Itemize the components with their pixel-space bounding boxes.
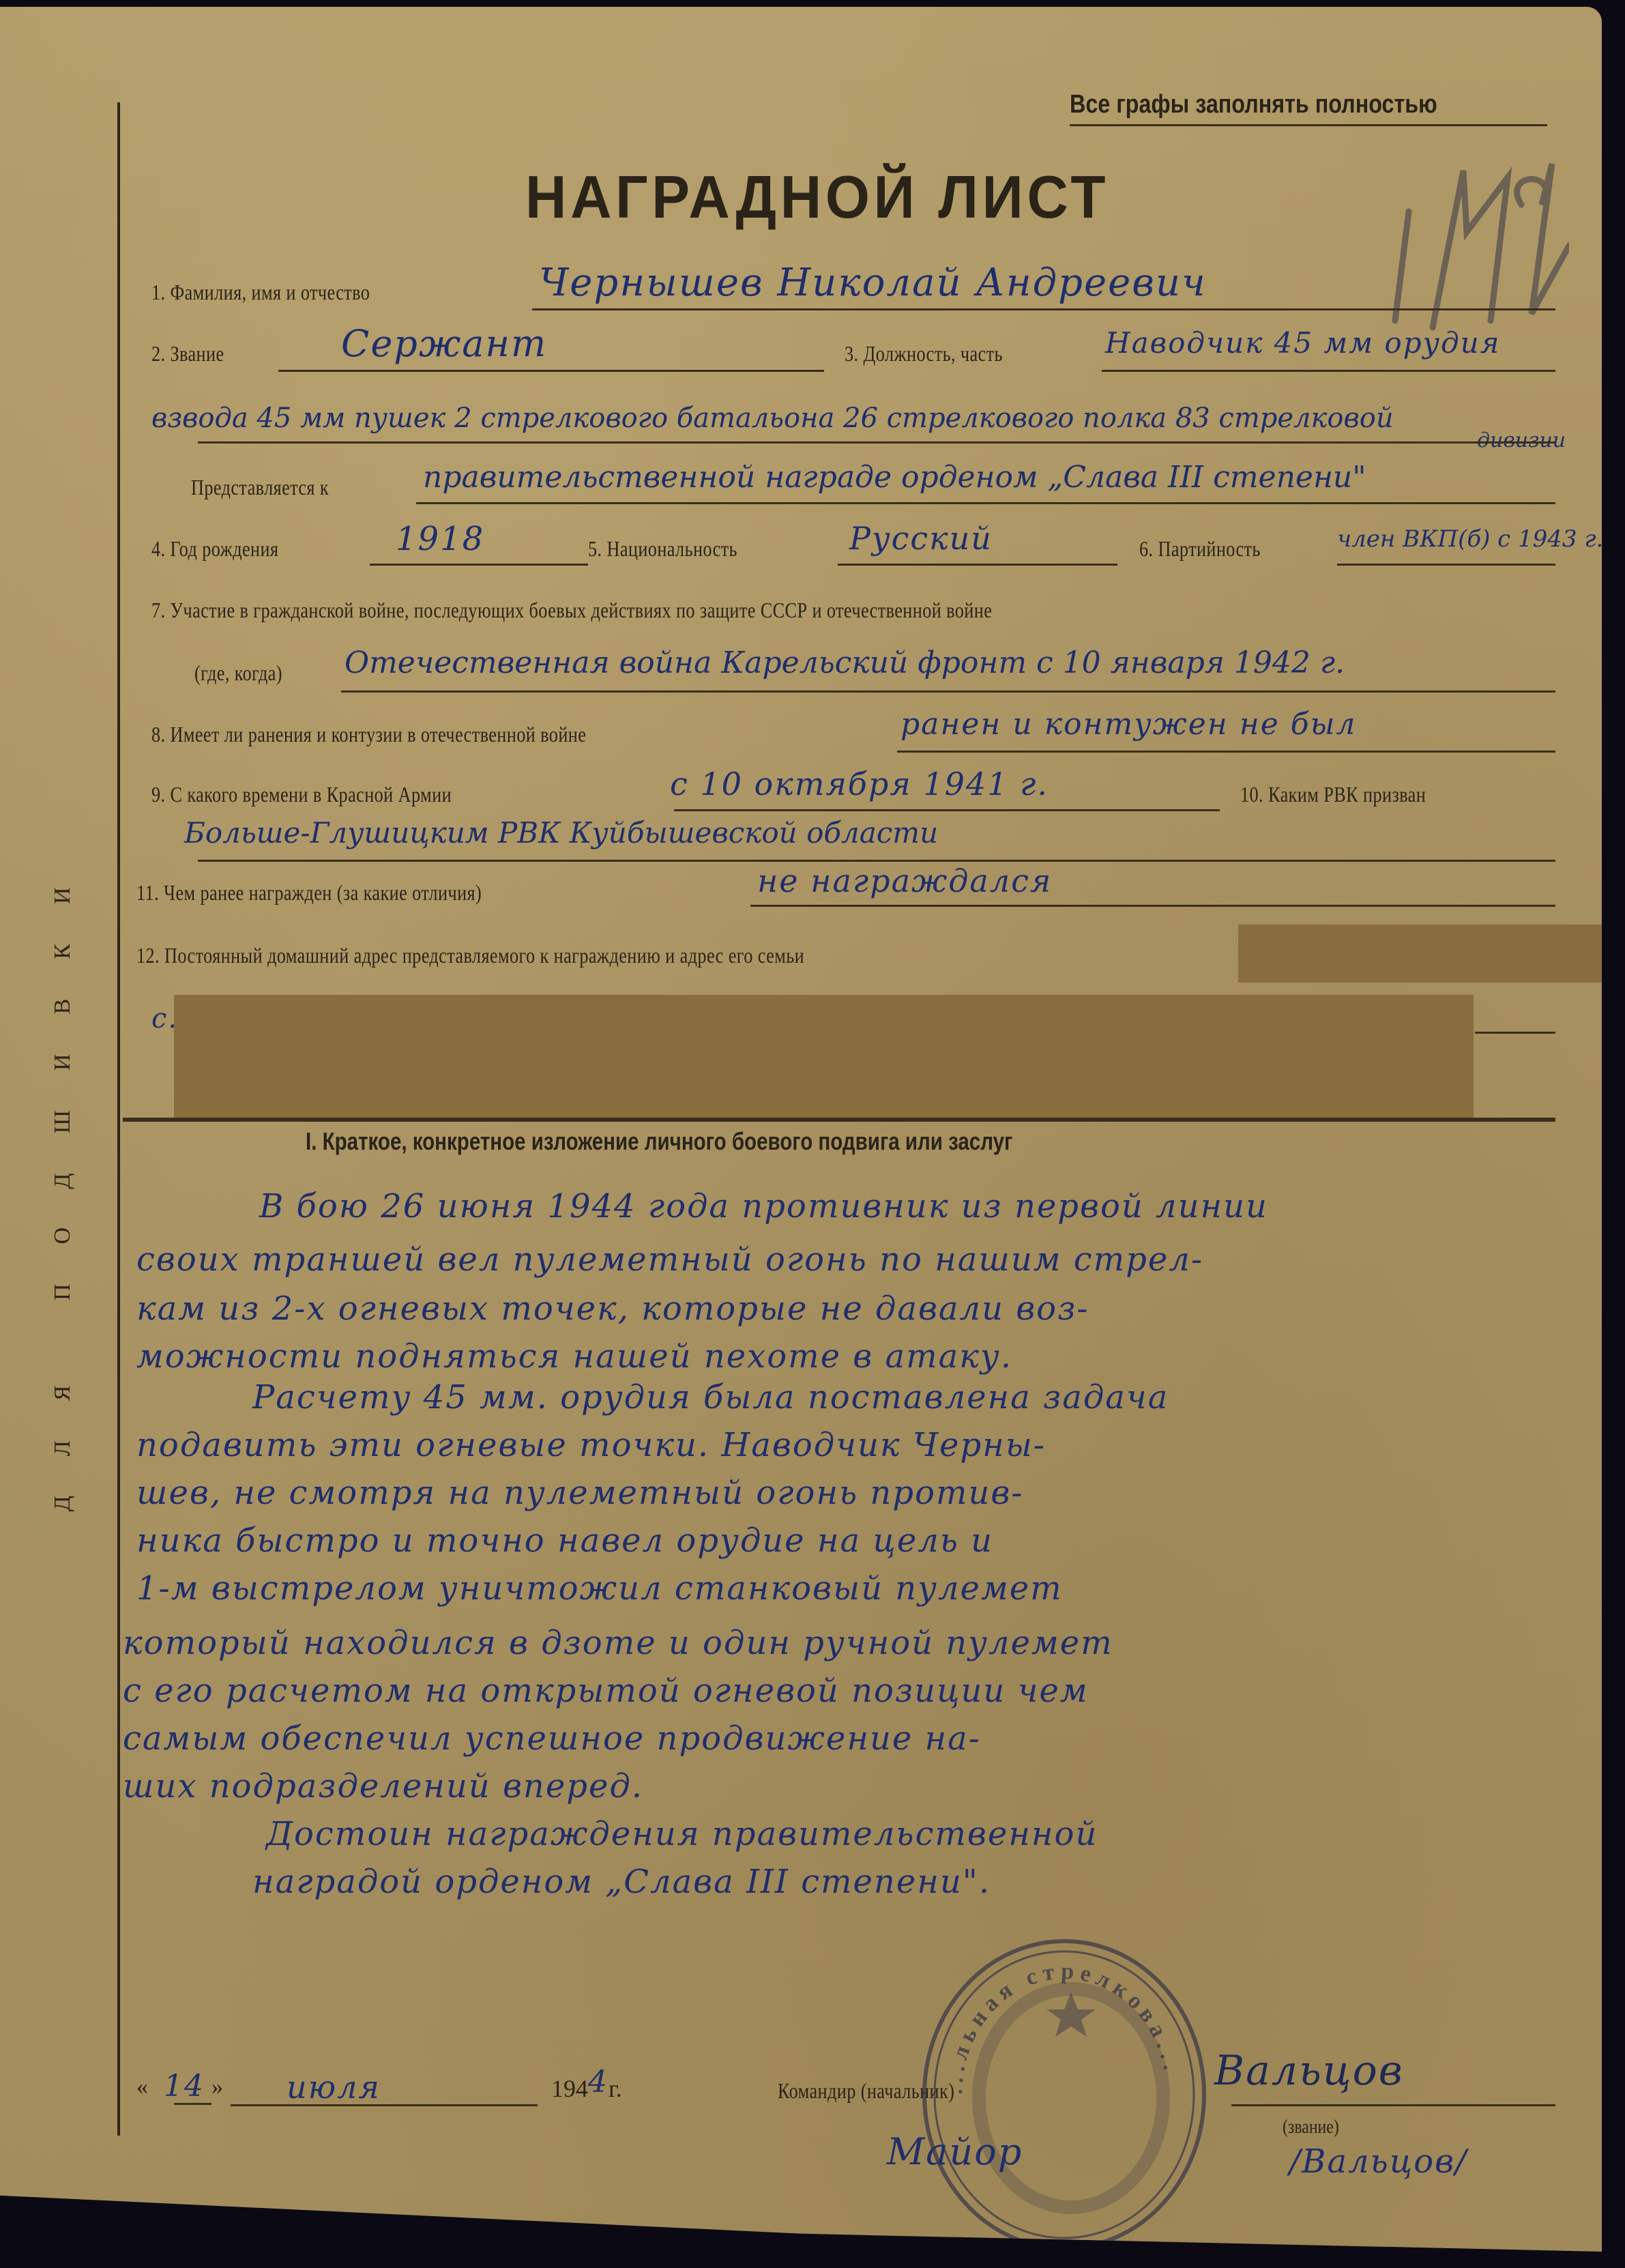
date-year-hand: 4 [588, 2065, 609, 2099]
narrative-line: шев, не смотря на пулеметный огонь проти… [136, 1474, 1023, 1512]
field-6-rule [1337, 564, 1555, 566]
signature-rule [1231, 2104, 1555, 2106]
field-8-label: 8. Имеет ли ранения и контузии в отечест… [151, 722, 586, 747]
field-4-value: 1918 [396, 520, 484, 558]
field-6-value: член ВКП(б) с 1943 г. [1337, 525, 1603, 553]
field-3-label: 3. Должность, часть [845, 341, 1003, 366]
field-2-rule [278, 370, 824, 372]
field-3-cont-rule [198, 441, 1555, 444]
field-10-label: 10. Каким РВК призван [1240, 782, 1426, 807]
rank-caption: (звание) [1283, 2117, 1339, 2138]
unit-seal-stamp: ...льная стрелкова... [914, 1924, 1214, 2252]
field-2-value: Сержант [341, 322, 547, 365]
field-9-rule [674, 809, 1220, 811]
commander-signature: Вальцов [1214, 2047, 1404, 2095]
field-8-rule [897, 751, 1555, 753]
field-3-rule [1102, 370, 1555, 372]
field-5-value: Русский [849, 520, 993, 557]
date-quote-open: « [136, 2074, 148, 2100]
field-3-value-continued: взвода 45 мм пушек 2 стрелкового батальо… [151, 403, 1394, 434]
nomination-label: Представляется к [191, 475, 329, 500]
field-7-value: Отечественная война Карельский фронт с 1… [345, 645, 1345, 680]
redaction-block [1238, 925, 1607, 983]
field-4-label: 4. Год рождения [151, 536, 278, 562]
narrative-line: кам из 2-х огневых точек, которые не дав… [136, 1290, 1089, 1328]
commander-name: /Вальцов/ [1289, 2142, 1467, 2181]
date-day: 14 [164, 2069, 205, 2104]
binding-cut-line [117, 102, 120, 2136]
narrative-line: самым обеспечил успешное продвижение на- [123, 1719, 981, 1758]
narrative-line: подавить эти огневые точки. Наводчик Чер… [136, 1426, 1046, 1464]
narrative-line: ника быстро и точно навел орудие на цель… [136, 1522, 993, 1560]
section-divider [123, 1118, 1555, 1122]
field-3-value-continued-2: дивизии [1477, 428, 1566, 452]
narrative-line: который находился в дзоте и один ручной … [123, 1624, 1113, 1662]
field-10-rule [198, 860, 1555, 862]
commander-rank: Майор [887, 2130, 1023, 2173]
field-11-rule [750, 905, 1555, 907]
field-3-value: Наводчик 45 мм орудия [1105, 326, 1500, 360]
field-2-label: 2. Звание [151, 341, 224, 366]
redaction-block-address [174, 995, 1474, 1118]
field-8-value: ранен и контужен не был [901, 707, 1356, 742]
field-7-label: 7. Участие в гражданской войне, последую… [151, 598, 992, 623]
field-12-label: 12. Постоянный домашний адрес представля… [136, 943, 804, 968]
award-sheet: ДЛЯ ПОДШИВКИ Все графы заполнять полност… [0, 7, 1602, 2252]
page-title: НАГРАДНОЙ ЛИСТ [525, 162, 1109, 232]
field-5-label: 5. Национальность [588, 536, 737, 562]
date-year-suffix: г. [609, 2074, 622, 2103]
date-day-rule [174, 2103, 211, 2105]
narrative-line: Достоин награждения правительственной [266, 1815, 1098, 1853]
narrative-line: наградой орденом „Слава III степени". [252, 1863, 991, 1901]
field-12-rule [1475, 1032, 1555, 1034]
narrative-line: 1-м выстрелом уничтожил станковый пулеме… [136, 1569, 1063, 1608]
field-1-value: Чернышев Николай Андреевич [539, 261, 1207, 305]
field-9-value: с 10 октября 1941 г. [670, 766, 1049, 802]
narrative-line: ших подразделений вперед. [123, 1767, 643, 1805]
nomination-value: правительственной награде орденом „Слава… [423, 460, 1366, 495]
field-1-label: 1. Фамилия, имя и отчество [151, 280, 370, 305]
field-5-rule [838, 564, 1117, 566]
field-11-label: 11. Чем ранее награжден (за какие отличи… [136, 880, 482, 905]
fill-instructions: Все графы заполнять полностью [1070, 90, 1437, 119]
narrative-line: В бою 26 июня 1944 года противник из пер… [259, 1187, 1268, 1225]
nomination-rule [416, 502, 1555, 504]
field-7-rule [341, 690, 1555, 693]
narrative-heading: I. Краткое, конкретное изложение личного… [306, 1127, 1012, 1156]
field-7-label-where-when: (где, когда) [194, 660, 282, 686]
field-6-label: 6. Партийность [1139, 536, 1261, 562]
date-quote-close: » [211, 2074, 223, 2100]
field-9-label: 9. С какого времени в Красной Армии [151, 782, 452, 807]
narrative-line: Расчету 45 мм. орудия была поставлена за… [252, 1378, 1169, 1416]
field-1-rule [532, 308, 1555, 310]
narrative-line: с его расчетом на открытой огневой позиц… [123, 1672, 1089, 1710]
field-11-value: не награждался [757, 862, 1052, 899]
date-year-prefix: 194 [551, 2074, 588, 2103]
pencil-number-mark [1344, 130, 1569, 334]
narrative-line: можности подняться нашей пехоте в атаку. [136, 1337, 1012, 1376]
date-month-rule [231, 2104, 538, 2106]
binding-strip-label: ДЛЯ ПОДШИВКИ [50, 429, 76, 1930]
commander-label: Командир (начальник) [778, 2078, 954, 2104]
field-4-rule [370, 564, 588, 566]
date-month: июля [287, 2069, 381, 2106]
top-note-rule [1070, 124, 1547, 126]
narrative-line: своих траншей вел пулеметный огонь по на… [136, 1240, 1203, 1279]
field-10-value: Больше-Глушицким РВК Куйбышевской област… [184, 816, 938, 849]
